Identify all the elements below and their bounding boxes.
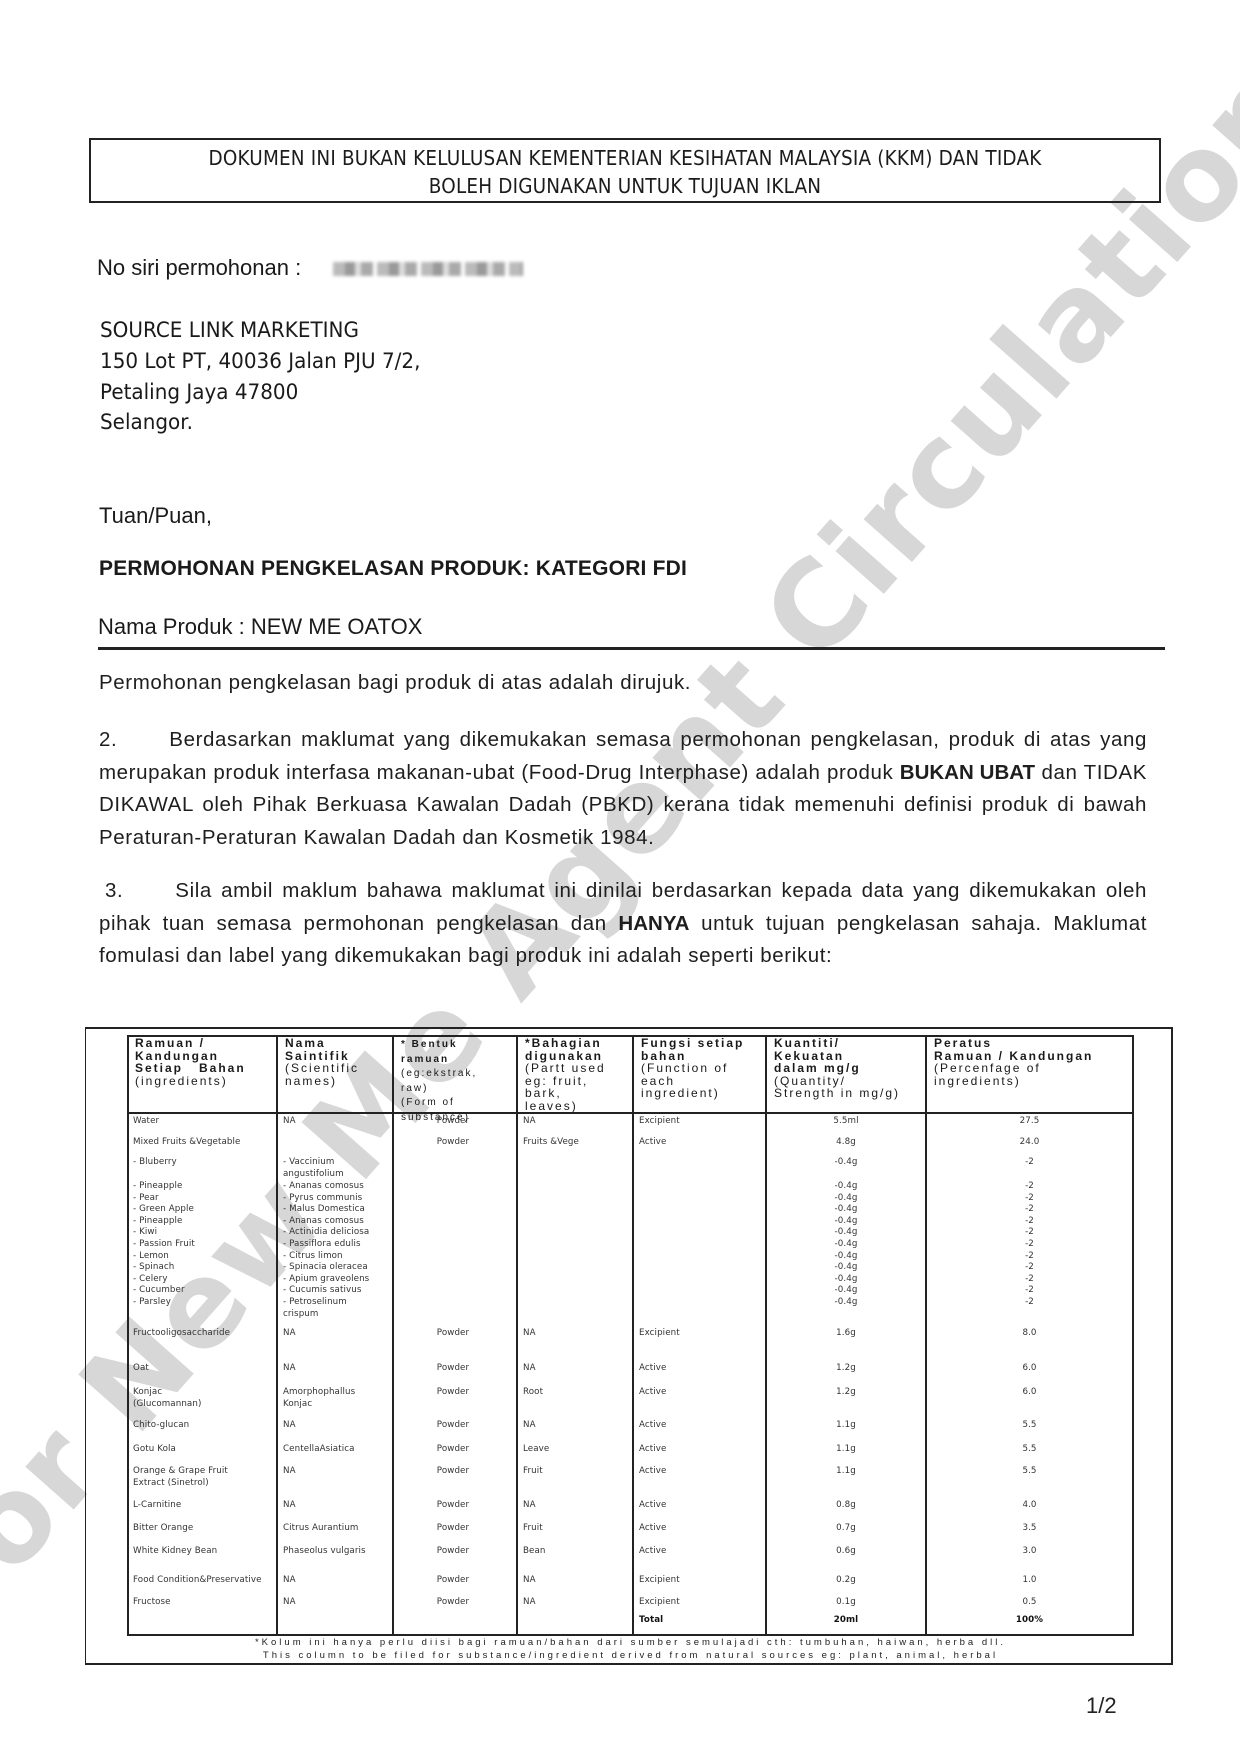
table-cell-scientific: NA bbox=[283, 1500, 296, 1512]
table-cell-part: Root bbox=[523, 1387, 543, 1399]
table-cell-percent: 3.5 bbox=[926, 1523, 1133, 1535]
address-line-state: Selangor. bbox=[100, 410, 193, 434]
table-header-ingredient: Ramuan / Kandungan Setiap Bahan (ingredi… bbox=[135, 1037, 246, 1087]
table-cell-scientific: Phaseolus vulgaris bbox=[283, 1546, 366, 1558]
table-cell-ingredient: White Kidney Bean bbox=[133, 1546, 217, 1558]
table-cell-ingredient: Food Condition&Preservative bbox=[133, 1575, 262, 1587]
only-emphasis: HANYA bbox=[618, 912, 689, 935]
table-column-divider bbox=[276, 1035, 278, 1636]
table-cell-function: Active bbox=[639, 1387, 666, 1399]
address-line-city: Petaling Jaya 47800 bbox=[100, 380, 298, 404]
table-cell-part: NA bbox=[523, 1420, 536, 1432]
table-cell-form: Powder bbox=[393, 1500, 513, 1512]
table-cell-percent: 3.0 bbox=[926, 1546, 1133, 1558]
table-cell-form: Powder bbox=[393, 1444, 513, 1456]
table-cell-part: NA bbox=[523, 1500, 536, 1512]
table-cell-scientific: NA bbox=[283, 1420, 296, 1432]
table-cell-ingredient: Mixed Fruits &Vegetable bbox=[133, 1137, 241, 1149]
table-cell-ingredient: Chito-glucan bbox=[133, 1420, 189, 1432]
table-cell-scientific: NA bbox=[283, 1116, 296, 1128]
table-cell-quantity: 0.2g bbox=[766, 1575, 926, 1587]
table-cell-part: NA bbox=[523, 1116, 536, 1128]
table-cell-form: Powder bbox=[393, 1328, 513, 1340]
table-cell-quantity: 0.8g bbox=[766, 1500, 926, 1512]
serial-number-label: No siri permohonan : bbox=[97, 255, 301, 281]
table-cell-ingredient: - Bluberry bbox=[133, 1157, 177, 1169]
table-cell-quantity: 0.1g bbox=[766, 1597, 926, 1609]
table-cell-form: Powder bbox=[393, 1523, 513, 1535]
table-cell-quantity: 1.1g bbox=[766, 1420, 926, 1432]
table-cell-percent: 27.5 bbox=[926, 1116, 1133, 1128]
paragraph-3: 3.Sila ambil maklum bahawa maklumat ini … bbox=[99, 875, 1147, 973]
table-header-quantity: Kuantiti/ Kekuatan dalam mg/g (Quantity/… bbox=[774, 1037, 900, 1100]
serial-number-redacted bbox=[333, 262, 523, 276]
table-cell-ingredient: Oat bbox=[133, 1363, 149, 1375]
table-cell-quantity: 0.7g bbox=[766, 1523, 926, 1535]
table-cell-percent: 24.0 bbox=[926, 1137, 1133, 1149]
table-column-divider bbox=[516, 1035, 518, 1636]
table-cell-quantity: 1.2g bbox=[766, 1387, 926, 1399]
table-cell-percent: 8.0 bbox=[926, 1328, 1133, 1340]
table-cell-part: NA bbox=[523, 1597, 536, 1609]
table-cell-function: Active bbox=[639, 1363, 666, 1375]
table-cell-scientific: NA bbox=[283, 1597, 296, 1609]
table-cell-function: Active bbox=[639, 1500, 666, 1512]
product-name: Nama Produk : NEW ME OATOX bbox=[98, 614, 422, 640]
table-cell-function: Excipient bbox=[639, 1575, 680, 1587]
table-cell-scientific: Amorphophallus Konjac bbox=[283, 1387, 355, 1410]
table-cell-percent: 0.5 bbox=[926, 1597, 1133, 1609]
table-header-divider bbox=[127, 1112, 1134, 1114]
paragraph-2: 2.Berdasarkan maklumat yang dikemukakan … bbox=[99, 724, 1147, 854]
table-cell-quantity: 1.1g bbox=[766, 1466, 926, 1478]
table-cell-scientific: - Vaccinium angustifolium bbox=[283, 1157, 344, 1180]
table-cell-function: Active bbox=[639, 1466, 666, 1478]
table-cell-form: Powder bbox=[393, 1363, 513, 1375]
table-header-form: * Bentuk ramuan (eg:ekstrak, raw) (Form … bbox=[401, 1037, 477, 1124]
table-cell-scientific: NA bbox=[283, 1328, 296, 1340]
table-cell-percent: 5.5 bbox=[926, 1444, 1133, 1456]
table-cell-form: Powder bbox=[393, 1597, 513, 1609]
table-cell-percent: 6.0 bbox=[926, 1387, 1133, 1399]
paragraph-3-number: 3. bbox=[105, 879, 123, 902]
table-cell-quantity: 5.5ml bbox=[766, 1116, 926, 1128]
paragraph-1: Permohonan pengkelasan bagi produk di at… bbox=[99, 667, 1147, 700]
table-cell-form: Powder bbox=[393, 1575, 513, 1587]
table-cell-part: NA bbox=[523, 1328, 536, 1340]
table-cell-quantity: 1.6g bbox=[766, 1328, 926, 1340]
table-cell-percent: -2 -2 -2 -2 -2 -2 -2 -2 -2 -2 -2 bbox=[926, 1181, 1133, 1309]
table-cell-part: Fruits &Vege bbox=[523, 1137, 579, 1149]
table-cell-quantity: 4.8g bbox=[766, 1137, 926, 1149]
table-cell-scientific: Citrus Aurantium bbox=[283, 1523, 359, 1535]
table-cell-scientific: CentellaAsiatica bbox=[283, 1444, 355, 1456]
disclaimer-box: DOKUMEN INI BUKAN KELULUSAN KEMENTERIAN … bbox=[89, 138, 1161, 203]
table-cell-function: Active bbox=[639, 1420, 666, 1432]
total-percent: 100% bbox=[926, 1615, 1133, 1627]
table-cell-part: Bean bbox=[523, 1546, 546, 1558]
table-cell-percent: 4.0 bbox=[926, 1500, 1133, 1512]
table-cell-part: Fruit bbox=[523, 1523, 543, 1535]
subject-heading: PERMOHONAN PENGKELASAN PRODUK: KATEGORI … bbox=[99, 557, 687, 581]
address-line-company: SOURCE LINK MARKETING bbox=[100, 318, 359, 342]
table-cell-scientific: NA bbox=[283, 1466, 296, 1478]
footnote-malay: *Kolum ini hanya perlu diisi bagi ramuan… bbox=[127, 1637, 1134, 1648]
table-cell-form: Powder bbox=[393, 1420, 513, 1432]
table-cell-part: Fruit bbox=[523, 1466, 543, 1478]
table-cell-quantity: -0.4g bbox=[766, 1157, 926, 1169]
table-column-divider bbox=[632, 1035, 634, 1636]
total-quantity: 20ml bbox=[766, 1615, 926, 1627]
table-header-scientific: Nama Saintifik (Scientific names) bbox=[285, 1037, 359, 1087]
table-cell-percent: 5.5 bbox=[926, 1420, 1133, 1432]
table-cell-form: Powder bbox=[393, 1387, 513, 1399]
page-number: 1/2 bbox=[1086, 1693, 1117, 1719]
table-cell-function: Active bbox=[639, 1523, 666, 1535]
table-cell-function: Active bbox=[639, 1546, 666, 1558]
table-cell-part: NA bbox=[523, 1363, 536, 1375]
table-cell-form: Powder bbox=[393, 1466, 513, 1478]
table-cell-quantity: 1.2g bbox=[766, 1363, 926, 1375]
table-cell-percent: 1.0 bbox=[926, 1575, 1133, 1587]
address-line-street: 150 Lot PT, 40036 Jalan PJU 7/2, bbox=[100, 349, 420, 373]
table-header-part: *Bahagian digunakan (Partt used eg: frui… bbox=[525, 1037, 606, 1112]
not-drug-emphasis: BUKAN UBAT bbox=[900, 761, 1035, 784]
table-header-function: Fungsi setiap bahan (Function of each in… bbox=[641, 1037, 744, 1100]
table-cell-ingredient: - Pineapple - Pear - Green Apple - Pinea… bbox=[133, 1181, 195, 1309]
table-cell-function: Active bbox=[639, 1137, 666, 1149]
table-cell-function: Excipient bbox=[639, 1328, 680, 1340]
table-cell-form: Powder bbox=[393, 1137, 513, 1149]
table-cell-percent: 5.5 bbox=[926, 1466, 1133, 1478]
table-cell-quantity: 0.6g bbox=[766, 1546, 926, 1558]
table-cell-percent: 6.0 bbox=[926, 1363, 1133, 1375]
table-cell-ingredient: Fructooligosaccharide bbox=[133, 1328, 230, 1340]
table-cell-ingredient: Water bbox=[133, 1116, 159, 1128]
divider bbox=[98, 647, 1165, 650]
table-cell-form: Powder bbox=[393, 1546, 513, 1558]
table-cell-function: Excipient bbox=[639, 1597, 680, 1609]
salutation: Tuan/Puan, bbox=[99, 503, 212, 529]
disclaimer-line-2: BOLEH DIGUNAKAN UNTUK TUJUAN IKLAN bbox=[134, 174, 1117, 198]
table-cell-function: Excipient bbox=[639, 1116, 680, 1128]
table-cell-ingredient: Fructose bbox=[133, 1597, 171, 1609]
table-header-percent: Peratus Ramuan / Kandungan (Percenfage o… bbox=[934, 1037, 1093, 1087]
table-cell-ingredient: L-Carnitine bbox=[133, 1500, 181, 1512]
total-label: Total bbox=[639, 1615, 663, 1627]
table-cell-scientific: NA bbox=[283, 1575, 296, 1587]
table-cell-ingredient: Konjac (Glucomannan) bbox=[133, 1387, 201, 1410]
table-cell-percent: -2 bbox=[926, 1157, 1133, 1169]
table-cell-ingredient: Gotu Kola bbox=[133, 1444, 176, 1456]
table-cell-quantity: 1.1g bbox=[766, 1444, 926, 1456]
disclaimer-line-1: DOKUMEN INI BUKAN KELULUSAN KEMENTERIAN … bbox=[134, 146, 1117, 170]
table-cell-ingredient: Bitter Orange bbox=[133, 1523, 193, 1535]
table-cell-form: Powder bbox=[393, 1116, 513, 1128]
table-cell-scientific: NA bbox=[283, 1363, 296, 1375]
table-cell-part: NA bbox=[523, 1575, 536, 1587]
footnote-english: This column to be filed for substance/in… bbox=[127, 1650, 1134, 1661]
table-cell-ingredient: Orange & Grape Fruit Extract (Sinetrol) bbox=[133, 1466, 228, 1489]
table-cell-function: Active bbox=[639, 1444, 666, 1456]
paragraph-2-number: 2. bbox=[99, 728, 117, 751]
table-cell-part: Leave bbox=[523, 1444, 549, 1456]
table-cell-quantity: -0.4g -0.4g -0.4g -0.4g -0.4g -0.4g -0.4… bbox=[766, 1181, 926, 1309]
table-cell-scientific: - Ananas comosus - Pyrus communis - Malu… bbox=[283, 1181, 369, 1320]
